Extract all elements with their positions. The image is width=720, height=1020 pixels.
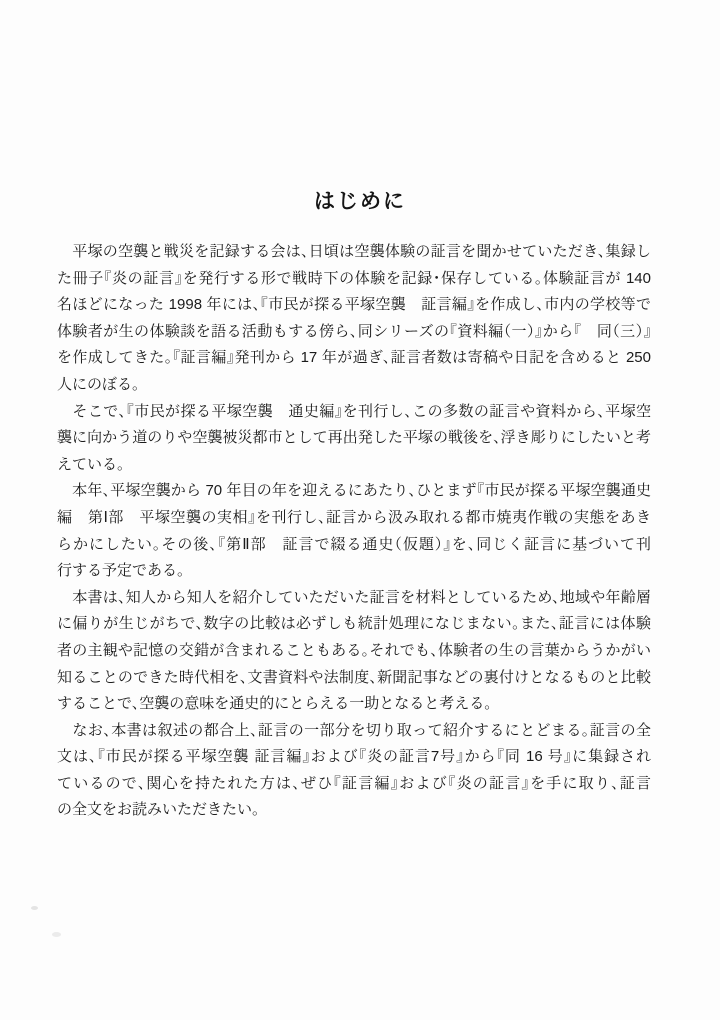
text-line: 人にのぼる。: [57, 372, 651, 399]
paragraph: 本書は、知人から知人を紹介していただいた証言を材料としているため、地域や年齢層に…: [57, 585, 651, 718]
text-line: た冊子『炎の証言』を発行する形で戦時下の体験を記録・保存している。体験証言が 1…: [57, 266, 651, 293]
text-line: 本年、平塚空襲から 70 年目の年を迎えるにあたり、ひとまず『市民が探る平塚空襲…: [57, 478, 651, 505]
text-line: の全文をお読みいただきたい。: [57, 797, 651, 824]
text-line: 者の主観や記憶の交錯が含まれることもある。それでも、体験者の生の言葉からうかがい: [57, 638, 651, 665]
paragraph: 本年、平塚空襲から 70 年目の年を迎えるにあたり、ひとまず『市民が探る平塚空襲…: [57, 478, 651, 584]
text-line: 襲に向かう道のりや空襲被災都市として再出発した平塚の戦後を、浮き彫りにしたいと考: [57, 425, 651, 452]
text-line: 平塚の空襲と戦災を記録する会は、日頃は空襲体験の証言を聞かせていただき、集録し: [57, 239, 651, 266]
text-line: 文は、『市民が探る平塚空襲 証言編』および『炎の証言7号』から『同 16 号』に…: [57, 744, 651, 771]
text-line: らかにしたい。その後、『第Ⅱ部 証言で綴る通史（仮題）』を、同じく証言に基づいて…: [57, 532, 651, 559]
text-line: 体験者が生の体験談を語る活動もする傍ら、同シリーズの『資料編（一）』から『 同（…: [57, 319, 651, 346]
paragraph: そこで、『市民が探る平塚空襲 通史編』を刊行し、この多数の証言や資料から、平塚空…: [57, 399, 651, 479]
scan-artifact-speck: [31, 906, 38, 910]
text-line: 名ほどになった 1998 年には、『市民が探る平塚空襲 証言編』を作成し、市内の…: [57, 292, 651, 319]
text-line: そこで、『市民が探る平塚空襲 通史編』を刊行し、この多数の証言や資料から、平塚空: [57, 399, 651, 426]
text-line: ているので、関心を持たれた方は、ぜひ『証言編』および『炎の証言』を手に取り、証言: [57, 771, 651, 798]
body-text: 平塚の空襲と戦災を記録する会は、日頃は空襲体験の証言を聞かせていただき、集録した…: [57, 239, 651, 824]
text-line: 行する予定である。: [57, 558, 651, 585]
scanned-page: はじめに 平塚の空襲と戦災を記録する会は、日頃は空襲体験の証言を聞かせていただき…: [0, 0, 720, 1020]
text-line: 本書は、知人から知人を紹介していただいた証言を材料としているため、地域や年齢層: [57, 585, 651, 612]
text-line: を作成してきた。『証言編』発刊から 17 年が過ぎ、証言者数は寄稿や日記を含める…: [57, 345, 651, 372]
paragraph: なお、本書は叙述の都合上、証言の一部分を切り取って紹介するにとどまる。証言の全文…: [57, 718, 651, 824]
text-line: 編 第Ⅰ部 平塚空襲の実相』を刊行し、証言から汲み取れる都市焼夷作戦の実態をあき: [57, 505, 651, 532]
text-line: 知ることのできた時代相を、文書資料や法制度、新聞記事などの裏付けとなるものと比較: [57, 665, 651, 692]
paragraph: 平塚の空襲と戦災を記録する会は、日頃は空襲体験の証言を聞かせていただき、集録した…: [57, 239, 651, 399]
text-line: えている。: [57, 452, 651, 479]
page-title: はじめに: [0, 189, 720, 215]
text-line: に偏りが生じがちで、数字の比較は必ずしも統計処理になじまない。また、証言には体験: [57, 611, 651, 638]
text-line: することで、空襲の意味を通史的にとらえる一助となると考える。: [57, 691, 651, 718]
text-line: なお、本書は叙述の都合上、証言の一部分を切り取って紹介するにとどまる。証言の全: [57, 718, 651, 745]
scan-artifact-speck: [52, 932, 61, 937]
